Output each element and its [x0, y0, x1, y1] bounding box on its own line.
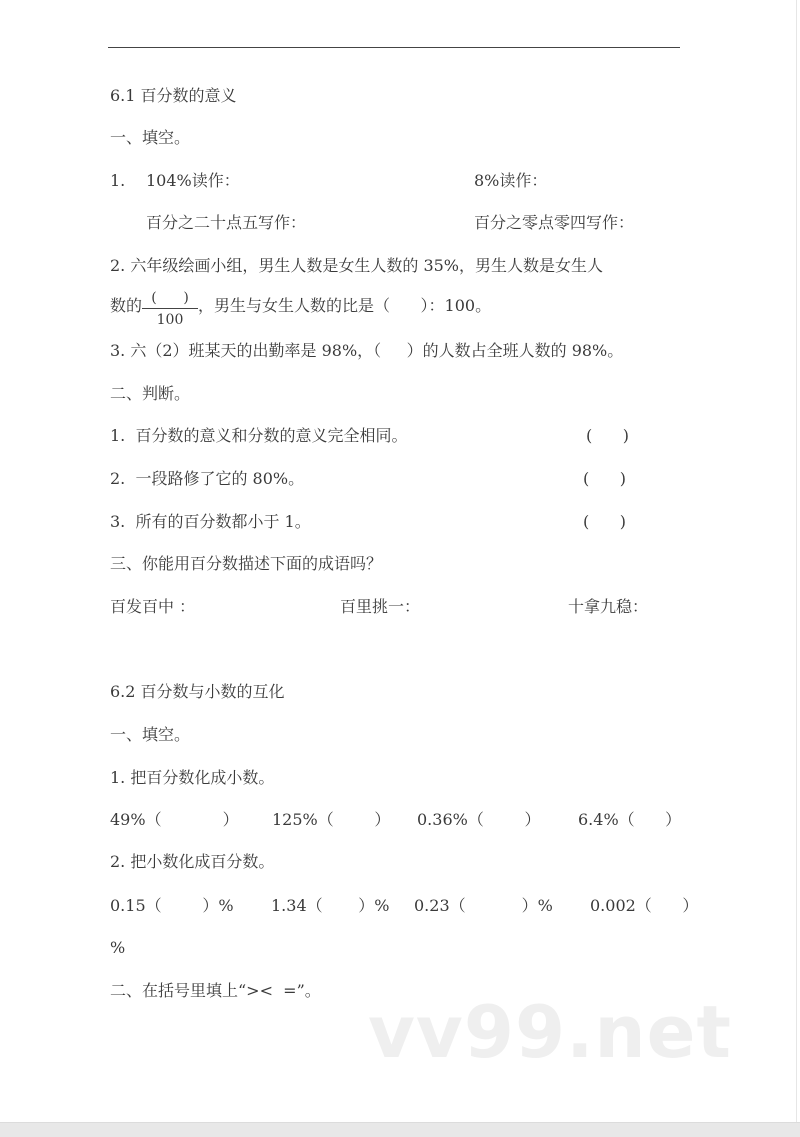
- header-rule: [108, 47, 680, 48]
- judge-blank-3: ( ): [583, 512, 626, 532]
- q3: 3. 六（2）班某天的出勤率是 98%，（ ）的人数占全班人数的 98%。: [110, 341, 623, 361]
- convert-q2-item-3: 0.23（ ）%: [414, 896, 553, 916]
- section-title-6-2: 6.2 百分数与小数的互化: [110, 682, 285, 702]
- fraction-blank: ( )100: [142, 296, 198, 316]
- convert-q2-prompt: 2. 把小数化成百分数。: [110, 852, 274, 872]
- judge-blank-2: ( ): [583, 469, 626, 489]
- part-heading-fill-in-2: 一、填空。: [110, 725, 190, 745]
- q1-number: 1.: [110, 171, 125, 191]
- convert-q1-item-4: 6.4%（ ）: [578, 810, 681, 830]
- idiom-3: 十拿九稳：: [568, 597, 648, 617]
- part-heading-judge: 二、判断。: [110, 384, 190, 404]
- q1-item-b: 8%读作：: [474, 171, 547, 191]
- convert-q2-item-2: 1.34（ ）%: [271, 896, 389, 916]
- part-heading-idioms: 三、你能用百分数描述下面的成语吗？: [110, 554, 382, 574]
- idiom-2: 百里挑一：: [340, 597, 420, 617]
- fraction-numerator: ( ): [142, 288, 198, 308]
- judge-item-2: 2. 一段路修了它的 80%。: [110, 469, 304, 489]
- part-heading-compare: 二、在括号里填上“>< =”。: [110, 981, 321, 1001]
- judge-item-3: 3. 所有的百分数都小于 1。: [110, 512, 311, 532]
- q1-item-c: 百分之二十点五写作：: [146, 213, 306, 233]
- fraction-bar: [142, 308, 198, 309]
- part-heading-fill-in: 一、填空。: [110, 128, 190, 148]
- convert-q2-item-4: 0.002（ ）: [590, 896, 698, 916]
- document-page: 6.1 百分数的意义 一、填空。 1. 104%读作： 8%读作： 百分之二十点…: [0, 0, 797, 1122]
- fraction-denominator: 100: [142, 310, 198, 330]
- q1-item-a: 104%读作：: [146, 171, 240, 191]
- judge-blank-1: ( ): [586, 426, 629, 446]
- convert-q1-item-1: 49%（ ）: [110, 810, 239, 830]
- q2-line-2: 数的( )100，男生与女生人数的比是（ ）：100。: [110, 296, 491, 316]
- q1-item-d: 百分之零点零四写作：: [474, 213, 634, 233]
- convert-q1-item-2: 125%（ ）: [272, 810, 390, 830]
- idiom-1: 百发百中 ：: [110, 597, 195, 617]
- judge-item-1: 1. 百分数的意义和分数的意义完全相同。: [110, 426, 407, 446]
- watermark: vv99.net: [368, 996, 732, 1068]
- q2-prefix: 数的: [110, 296, 142, 315]
- section-title-6-1: 6.1 百分数的意义: [110, 86, 237, 106]
- convert-q2-overflow: %: [110, 938, 125, 958]
- q2-suffix: ，男生与女生人数的比是（ ）：100。: [198, 296, 491, 315]
- q2-line-1: 2. 六年级绘画小组，男生人数是女生人数的 35%，男生人数是女生人: [110, 256, 603, 276]
- convert-q1-item-3: 0.36%（ ）: [417, 810, 541, 830]
- convert-q2-item-1: 0.15（ ）%: [110, 896, 234, 916]
- convert-q1-prompt: 1. 把百分数化成小数。: [110, 768, 274, 788]
- viewer-bottom-bar: [0, 1122, 800, 1137]
